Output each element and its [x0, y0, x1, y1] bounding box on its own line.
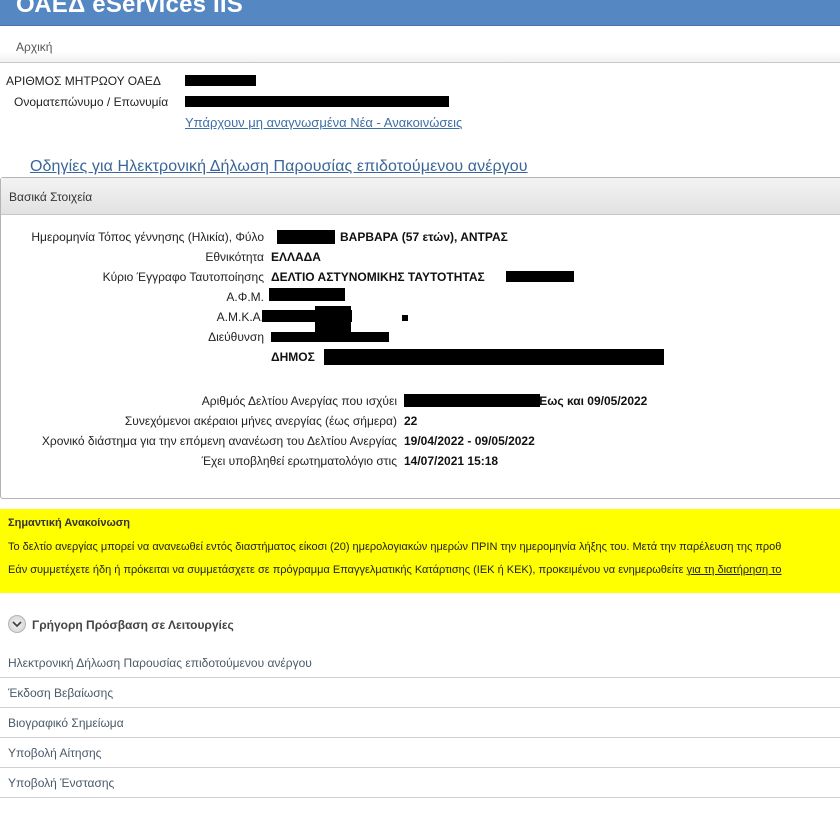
info-row-questionnaire: Έχει υποβληθεί ερωτηματολόγιο στις 14/07… — [1, 454, 840, 472]
field-value: ΕΛΛΑΔΑ — [271, 250, 321, 264]
field-value: 14/07/2021 15:18 — [404, 454, 498, 468]
field-value: ΔΕΛΤΙΟ ΑΣΤΥΝΟΜΙΚΗΣ ΤΑΥΤΟΤΗΤΑΣ — [271, 270, 485, 284]
quick-access-label[interactable]: Υποβολή Αίτησης — [8, 746, 101, 760]
notice-title: Σημαντική Ανακοίνωση — [8, 517, 130, 529]
info-row-id-document: Κύριο Έγγραφο Ταυτοποίησης ΔΕΛΤΙΟ ΑΣΤΥΝΟ… — [1, 270, 840, 288]
field-label: Διεύθυνση — [208, 330, 264, 344]
field-value: Έως και 09/05/2022 — [537, 394, 647, 408]
breadcrumb: Αρχική — [0, 26, 840, 63]
field-label: Αριθμός Δελτίου Ανεργίας που ισχύει — [202, 394, 397, 408]
redacted-afm — [269, 288, 345, 301]
field-label: Έχει υποβληθεί ερωτηματολόγιο στις — [202, 454, 397, 468]
field-label: Χρονικό διάστημα για την επόμενη ανανέωσ… — [42, 434, 397, 448]
info-row-renewal-period: Χρονικό διάστημα για την επόμενη ανανέωσ… — [1, 434, 840, 452]
notice-line-renewal: Το δελτίο ανεργίας μπορεί να ανανεωθεί ε… — [8, 541, 781, 553]
info-row-birth: Ημερομηνία Τόπος γέννησης (Ηλικία), Φύλο… — [1, 230, 840, 248]
basic-info-title: Βασικά Στοιχεία — [9, 190, 92, 204]
breadcrumb-home[interactable]: Αρχική — [16, 40, 52, 54]
notice-line-training: Εάν συμμετέχετε ήδη ή πρόκειται να συμμε… — [8, 564, 782, 576]
redaction-dot — [402, 315, 408, 321]
redacted-registry-number — [185, 75, 256, 86]
info-row-address: Διεύθυνση — [1, 330, 840, 348]
field-value: ΒΑΡΒΑΡΑ (57 ετών), ΑΝΤΡΑΣ — [340, 230, 508, 244]
registry-number-label: ΑΡΙΘΜΟΣ ΜΗΤΡΩΟΥ ΟΑΕΔ — [6, 74, 161, 88]
chevron-down-circle-icon[interactable] — [8, 615, 26, 633]
redacted-id-number — [506, 271, 574, 282]
redacted-card-number — [404, 394, 540, 407]
redacted-municipality — [324, 349, 664, 365]
info-row-afm: Α.Φ.Μ. — [1, 290, 840, 308]
basic-info-header: Βασικά Στοιχεία — [1, 178, 840, 215]
quick-access-item-objection[interactable]: Υποβολή Ένστασης — [0, 768, 840, 798]
field-value: 19/04/2022 - 09/05/2022 — [404, 434, 535, 448]
field-label: Α.Φ.Μ. — [226, 290, 264, 304]
info-row-amka: Α.Μ.Κ.Α. — [1, 310, 840, 328]
quick-access-title: Γρήγορη Πρόσβαση σε Λειτουργίες — [32, 618, 234, 632]
quick-access-label[interactable]: Ηλεκτρονική Δήλωση Παρουσίας επιδοτούμεν… — [8, 656, 312, 670]
field-label: Συνεχόμενοι ακέραιοι μήνες ανεργίας (έως… — [125, 414, 397, 428]
quick-access-item-application[interactable]: Υποβολή Αίτησης — [0, 738, 840, 768]
redacted-birth-date — [277, 230, 335, 244]
app-header: ΟΑΕΔ eServices IIS — [0, 0, 840, 26]
quick-access-label[interactable]: Υποβολή Ένστασης — [8, 776, 114, 790]
field-label: Ημερομηνία Τόπος γέννησης (Ηλικία), Φύλο — [31, 230, 264, 244]
presence-declaration-guide-link[interactable]: Οδηγίες για Ηλεκτρονική Δήλωση Παρουσίας… — [30, 158, 528, 176]
important-notice: Σημαντική Ανακοίνωση Το δελτίο ανεργίας … — [0, 509, 840, 593]
field-label: Εθνικότητα — [205, 250, 264, 264]
field-value: ΔΗΜΟΣ — [271, 350, 315, 364]
unread-news-link[interactable]: Υπάρχουν μη αναγνωσμένα Νέα - Ανακοινώσε… — [185, 115, 462, 130]
quick-access-label[interactable]: Βιογραφικό Σημείωμα — [8, 716, 124, 730]
quick-access-label[interactable]: Έκδοση Βεβαίωσης — [8, 686, 113, 700]
notice-training-link[interactable]: για τη διατήρηση το — [687, 564, 782, 576]
field-label: Α.Μ.Κ.Α. — [217, 310, 264, 324]
app-title: ΟΑΕΔ eServices IIS — [16, 0, 243, 19]
basic-info-panel: Βασικά Στοιχεία Ημερομηνία Τόπος γέννηση… — [0, 177, 840, 499]
redacted-full-name — [185, 96, 449, 107]
info-row-months-unemployed: Συνεχόμενοι ακέραιοι μήνες ανεργίας (έως… — [1, 414, 840, 432]
field-value: 22 — [404, 414, 417, 428]
full-name-label: Ονοματεπώνυμο / Επωνυμία — [14, 95, 168, 109]
notice-line-text: Εάν συμμετέχετε ήδη ή πρόκειται να συμμε… — [8, 564, 687, 576]
redacted-address — [271, 332, 389, 342]
info-row-nationality: Εθνικότητα ΕΛΛΑΔΑ — [1, 250, 840, 268]
field-label: Κύριο Έγγραφο Ταυτοποίησης — [103, 270, 264, 284]
quick-access-list: Ηλεκτρονική Δήλωση Παρουσίας επιδοτούμεν… — [0, 648, 840, 798]
quick-access-item-presence-declaration[interactable]: Ηλεκτρονική Δήλωση Παρουσίας επιδοτούμεν… — [0, 648, 840, 678]
quick-access-item-cv[interactable]: Βιογραφικό Σημείωμα — [0, 708, 840, 738]
quick-access-item-certificate[interactable]: Έκδοση Βεβαίωσης — [0, 678, 840, 708]
